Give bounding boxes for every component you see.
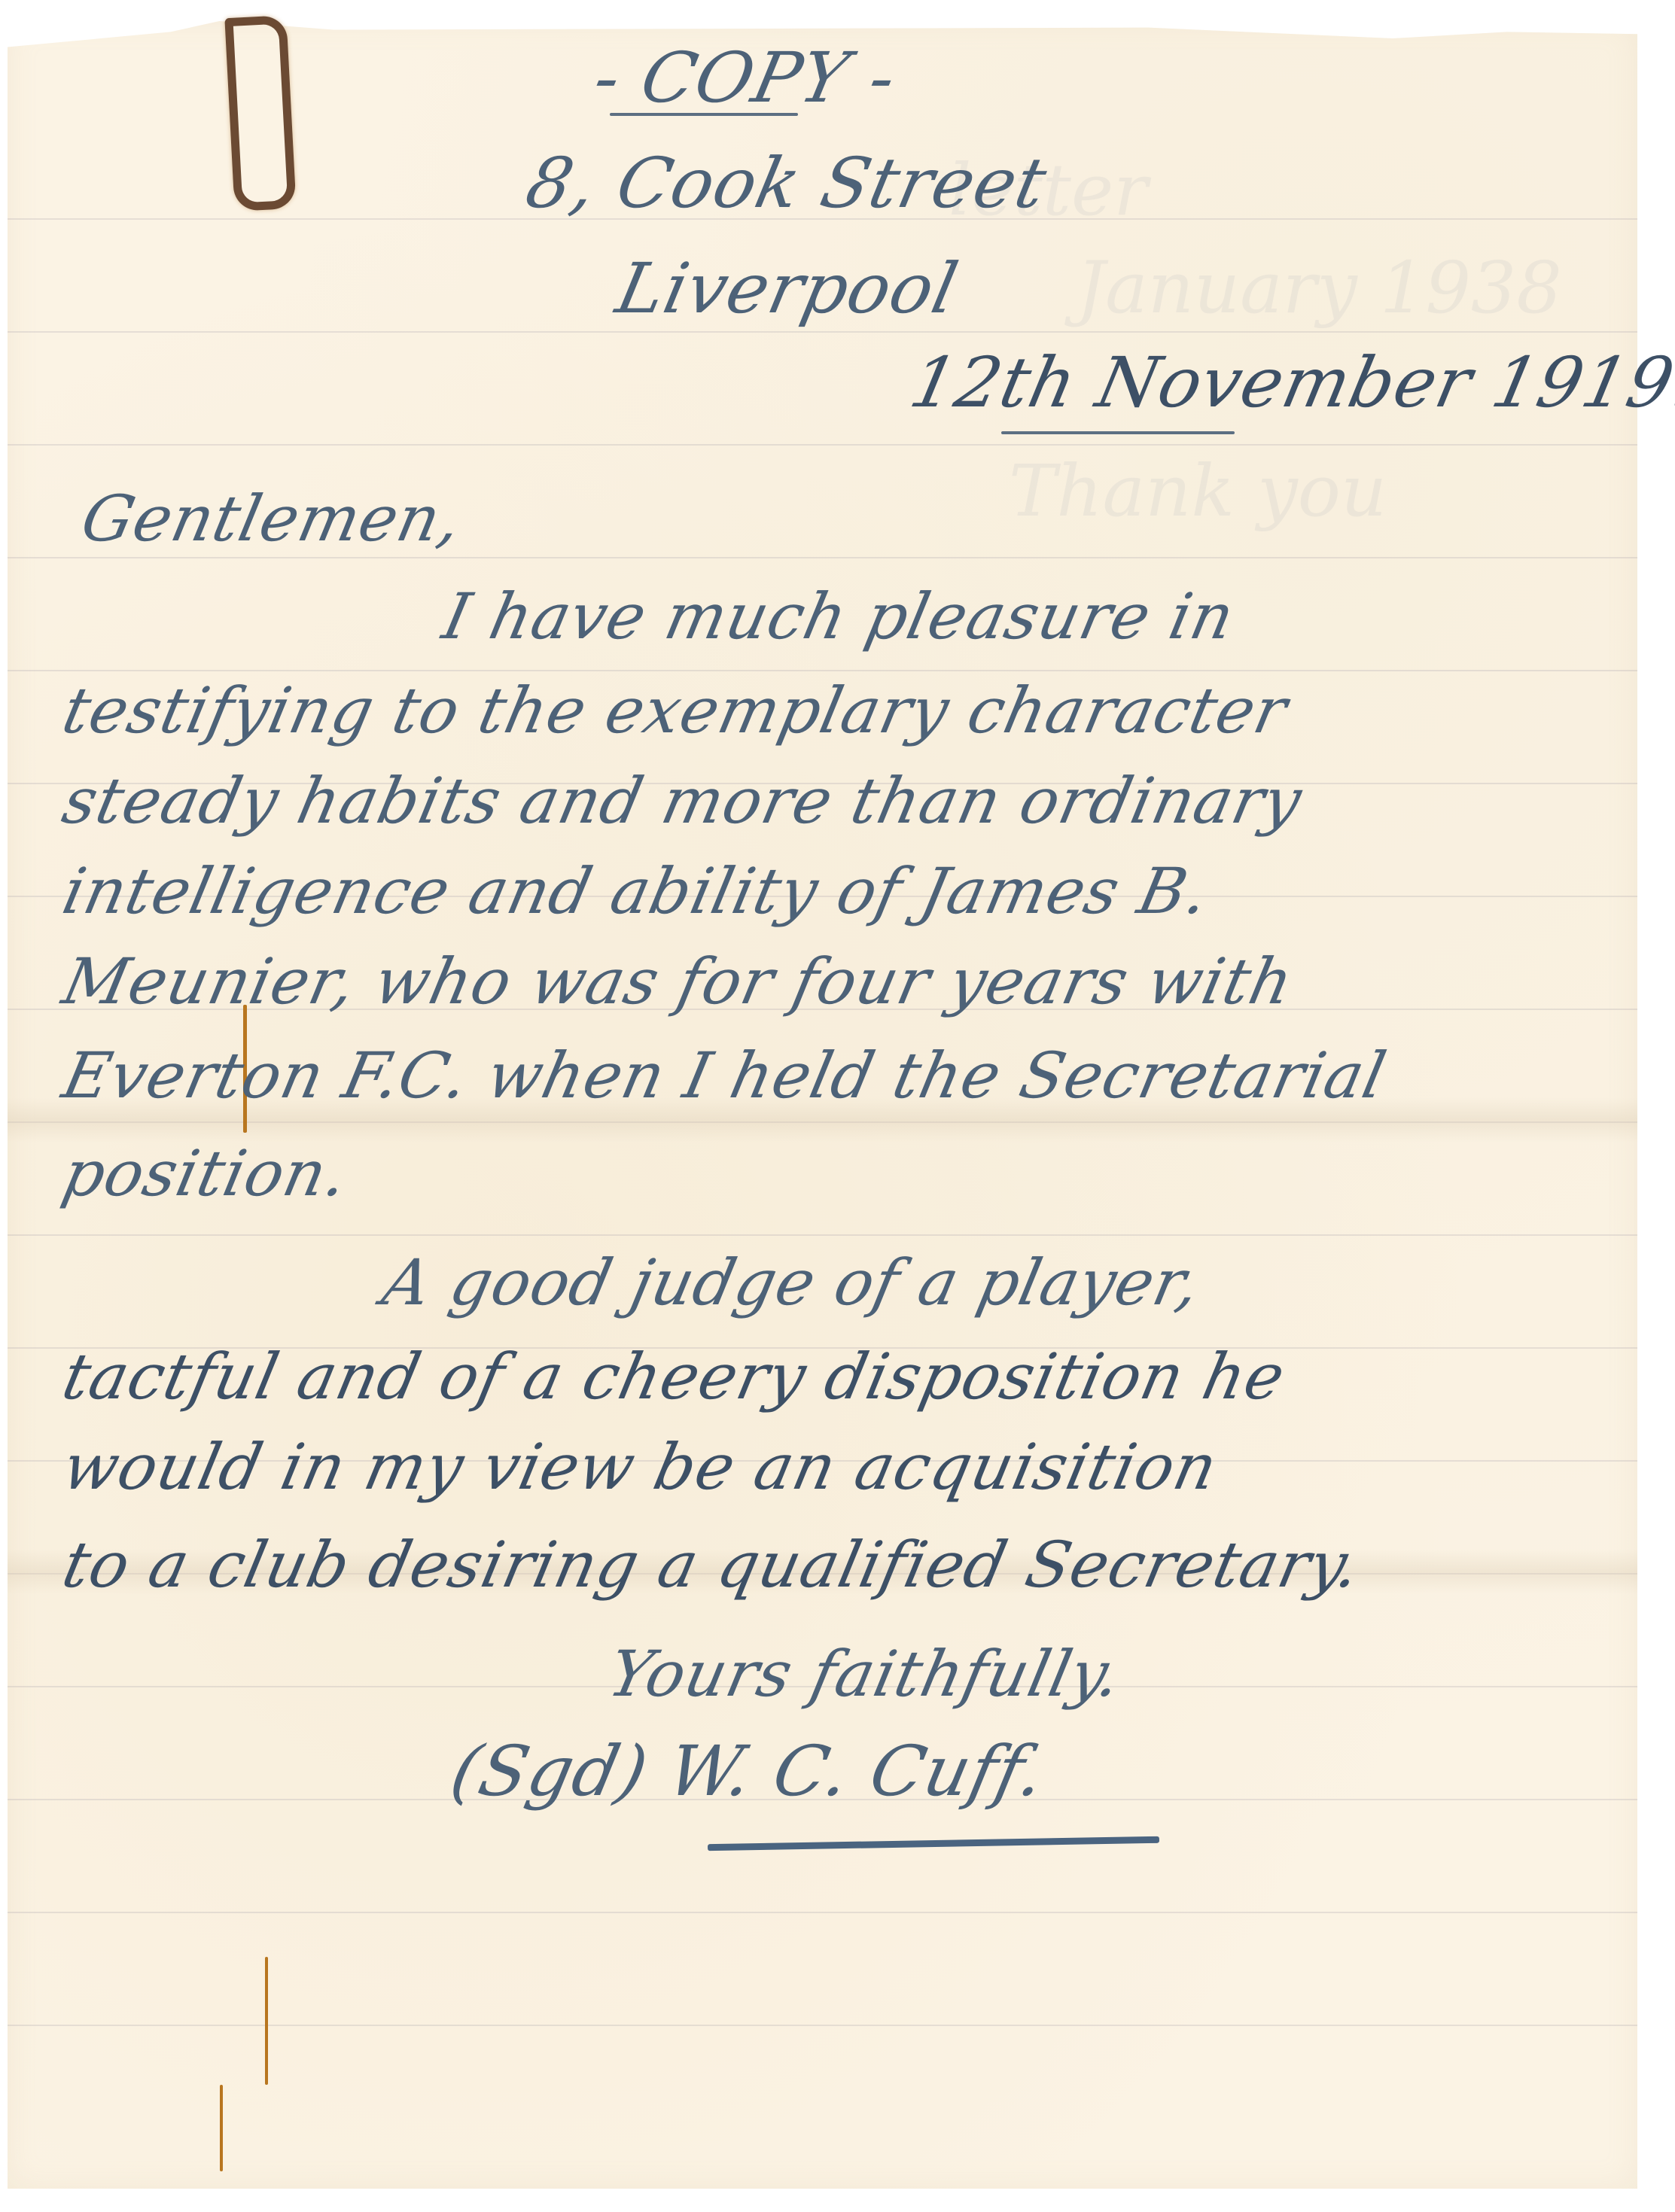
- address-line-2: Liverpool: [610, 248, 965, 329]
- ruled-line: [8, 444, 1637, 446]
- body-line: would in my view be an acquisition: [56, 1430, 1224, 1504]
- body-line: steady habits and more than ordinary: [56, 764, 1308, 838]
- address-line-1: 8, Cook Street: [519, 143, 1054, 224]
- bleed-through-text: Thank you: [1009, 450, 1387, 533]
- ruled-line: [8, 670, 1637, 671]
- signature: (Sgd) W. C. Cuff.: [444, 1731, 1052, 1812]
- body-line: A good judge of a player,: [376, 1246, 1207, 1319]
- body-line: intelligence and ability of James B.: [56, 854, 1216, 928]
- rust-stain: [265, 1957, 268, 2085]
- date-underline: [1001, 431, 1235, 434]
- salutation: Gentlemen,: [75, 482, 468, 555]
- body-line: Meunier, who was for four years with: [56, 945, 1300, 1018]
- bleed-through-text: January 1938: [1077, 247, 1562, 330]
- body-line: testifying to the exemplary character: [56, 674, 1294, 747]
- body-line: tactful and of a cheery disposition he: [56, 1340, 1292, 1413]
- heading-underline: [610, 113, 798, 116]
- ruled-line: [8, 2025, 1637, 2026]
- ruled-line: [8, 1912, 1637, 1913]
- letter-date: 12th November 1919.: [903, 342, 1675, 423]
- body-line: position.: [56, 1136, 355, 1210]
- ruled-line: [8, 331, 1637, 333]
- closing: Yours faithfully.: [602, 1637, 1128, 1711]
- ruled-line: [8, 1234, 1637, 1236]
- copy-heading: - COPY -: [587, 38, 903, 118]
- body-line: I have much pleasure in: [437, 580, 1241, 653]
- paperclip-icon: [224, 15, 296, 211]
- body-line: Everton F.C. when I held the Secretarial: [56, 1039, 1393, 1112]
- rust-stain: [220, 2085, 223, 2171]
- ruled-line: [8, 557, 1637, 558]
- body-line: to a club desiring a qualified Secretary…: [56, 1528, 1367, 1602]
